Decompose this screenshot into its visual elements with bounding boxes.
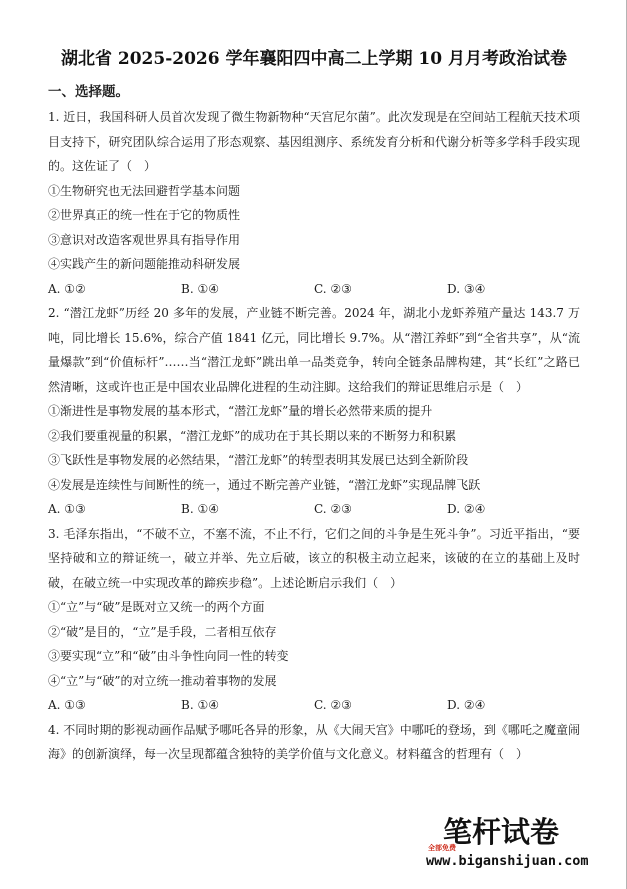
watermark-url: www.biganshijuan.com [426, 852, 589, 870]
exam-paper-page: 湖北省 2025-2026 学年襄阳四中高二上学期 10 月月考政治试卷 一、选… [0, 0, 627, 889]
answer-options-row: A. ①②B. ①④C. ②③D. ③④ [48, 277, 580, 302]
question-stem: 2. “潜江龙虾”历经 20 多年的发展，产业链不断完善。2024 年，湖北小龙… [48, 301, 580, 399]
answer-option: C. ②③ [314, 693, 447, 718]
choice-item: ④发展是连续性与间断性的统一，通过不断完善产业链，“潜江龙虾”实现品牌飞跃 [48, 473, 580, 498]
question-stem: 3. 毛泽东指出，“不破不立，不塞不流，不止不行，它们之间的斗争是生死斗争”。习… [48, 522, 580, 596]
answer-option: B. ①④ [181, 497, 314, 522]
paper-title: 湖北省 2025-2026 学年襄阳四中高二上学期 10 月月考政治试卷 [48, 46, 580, 72]
choice-item: ①渐进性是事物发展的基本形式，“潜江龙虾”量的增长必然带来质的提升 [48, 399, 580, 424]
section-heading: 一、选择题。 [48, 80, 580, 105]
question-block: 1. 近日，我国科研人员首次发现了微生物新物种“天宫尼尔菌”。此次发现是在空间站… [48, 105, 580, 301]
choice-item: ④实践产生的新问题能推动科研发展 [48, 252, 580, 277]
question-list: 1. 近日，我国科研人员首次发现了微生物新物种“天宫尼尔菌”。此次发现是在空间站… [48, 105, 580, 767]
answer-options-row: A. ①③B. ①④C. ②③D. ②④ [48, 693, 580, 718]
question-stem: 4. 不同时期的影视动画作品赋予哪吒各异的形象，从《大闹天宫》中哪吒的登场，到《… [48, 718, 580, 767]
question-block: 4. 不同时期的影视动画作品赋予哪吒各异的形象，从《大闹天宫》中哪吒的登场，到《… [48, 718, 580, 767]
choice-item: ②我们要重视量的积累，“潜江龙虾”的成功在于其长期以来的不断努力和积累 [48, 424, 580, 449]
question-block: 3. 毛泽东指出，“不破不立，不塞不流，不止不行，它们之间的斗争是生死斗争”。习… [48, 522, 580, 718]
answer-option: D. ③④ [447, 277, 580, 302]
answer-option: C. ②③ [314, 277, 447, 302]
choice-item: ③意识对改造客观世界具有指导作用 [48, 228, 580, 253]
choice-item: ①生物研究也无法回避哲学基本问题 [48, 179, 580, 204]
answer-option: B. ①④ [181, 693, 314, 718]
answer-option: A. ①③ [48, 693, 181, 718]
choice-item: ①“立”与“破”是既对立又统一的两个方面 [48, 595, 580, 620]
answer-option: C. ②③ [314, 497, 447, 522]
answer-options-row: A. ①③B. ①④C. ②③D. ②④ [48, 497, 580, 522]
question-block: 2. “潜江龙虾”历经 20 多年的发展，产业链不断完善。2024 年，湖北小龙… [48, 301, 580, 522]
choice-list: ①生物研究也无法回避哲学基本问题②世界真正的统一性在于它的物质性③意识对改造客观… [48, 179, 580, 277]
watermark-brand: 笔杆试卷 [443, 817, 559, 848]
watermark-tagline: 全部免费 [428, 844, 456, 852]
answer-option: A. ①② [48, 277, 181, 302]
choice-list: ①“立”与“破”是既对立又统一的两个方面②“破”是目的，“立”是手段，二者相互依… [48, 595, 580, 693]
choice-item: ③要实现“立”和“破”由斗争性向同一性的转变 [48, 644, 580, 669]
choice-item: ②“破”是目的，“立”是手段，二者相互依存 [48, 620, 580, 645]
answer-option: A. ①③ [48, 497, 181, 522]
document-content: 湖北省 2025-2026 学年襄阳四中高二上学期 10 月月考政治试卷 一、选… [48, 46, 580, 767]
choice-item: ③飞跃性是事物发展的必然结果，“潜江龙虾”的转型表明其发展已达到全新阶段 [48, 448, 580, 473]
answer-option: D. ②④ [447, 693, 580, 718]
answer-option: B. ①④ [181, 277, 314, 302]
answer-option: D. ②④ [447, 497, 580, 522]
choice-item: ②世界真正的统一性在于它的物质性 [48, 203, 580, 228]
choice-item: ④“立”与“破”的对立统一推动着事物的发展 [48, 669, 580, 694]
choice-list: ①渐进性是事物发展的基本形式，“潜江龙虾”量的增长必然带来质的提升②我们要重视量… [48, 399, 580, 497]
question-stem: 1. 近日，我国科研人员首次发现了微生物新物种“天宫尼尔菌”。此次发现是在空间站… [48, 105, 580, 179]
